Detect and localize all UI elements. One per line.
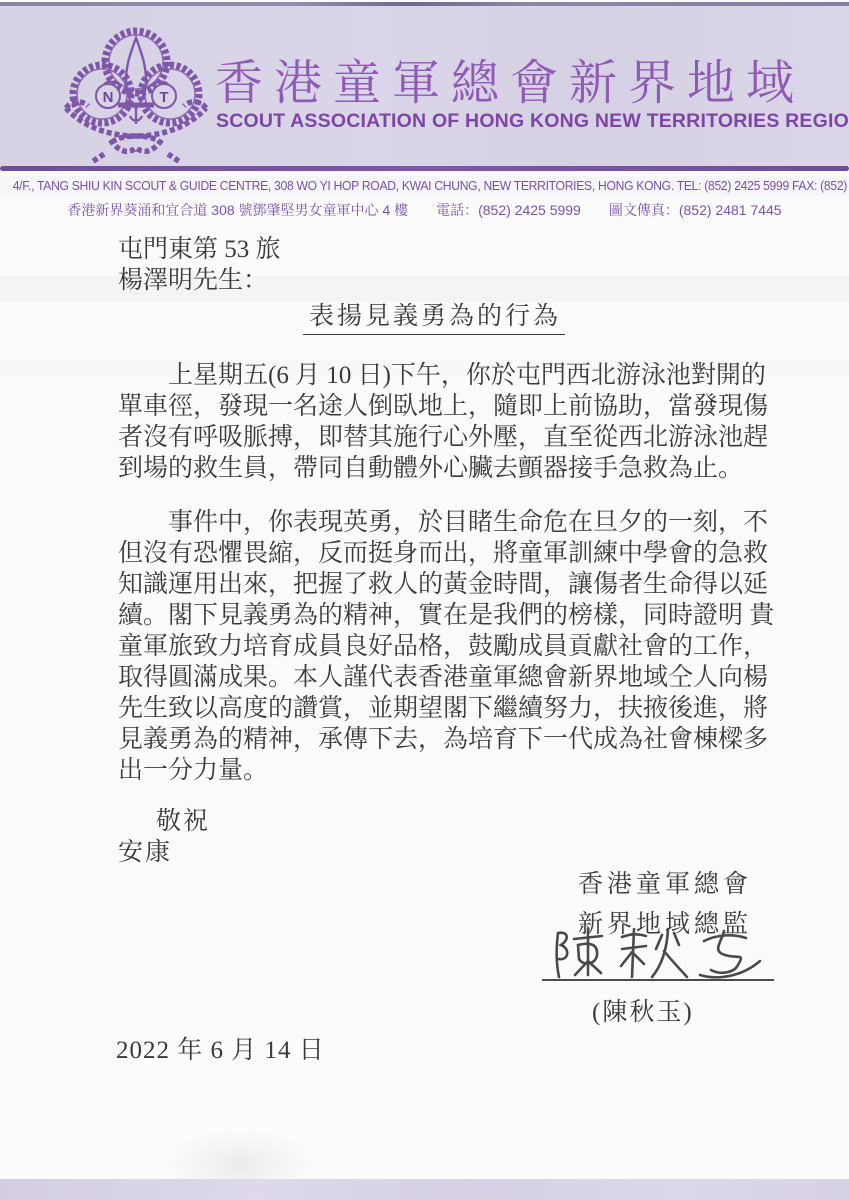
paragraph-2: 事件中，你表現英勇，於目睹生命危在旦夕的一刻，不 但沒有恐懼畏縮，反而挺身而出，… bbox=[118, 507, 763, 786]
paragraph-line: 見義勇為的精神，承傳下去，為培育下一代成為社會棟樑多 bbox=[118, 724, 763, 755]
letter-page: N T 香港童軍總會新界地域 SCOUT ASSOCIATION OF HONG… bbox=[0, 0, 849, 1200]
recipient-name: 楊澤明先生： bbox=[118, 260, 268, 296]
paragraph-line: 事件中，你表現英勇，於目睹生命危在旦夕的一刻，不 bbox=[118, 507, 763, 538]
org-title-chinese: 香港童軍總會新界地域 bbox=[215, 44, 815, 113]
paragraph-line: 單車徑，發現一名途人倒臥地上，隨即上前協助，當發現傷 bbox=[118, 391, 763, 422]
paragraph-line: 先生致以高度的讚賞，並期望閣下繼續努力，扶掖後進，將 bbox=[118, 693, 763, 724]
paragraph-line: 知識運用出來，把握了救人的黃金時間，讓傷者生命得以延 bbox=[118, 569, 763, 600]
handwritten-signature bbox=[548, 925, 778, 983]
org-title-english: SCOUT ASSOCIATION OF HONG KONG NEW TERRI… bbox=[216, 110, 816, 133]
paragraph-line: 出一分力量。 bbox=[118, 755, 763, 786]
subject-row: 表揚見義勇為的行為 bbox=[118, 296, 750, 335]
letter-date: 2022 年 6 月 14 日 bbox=[116, 1030, 325, 1066]
signer-organisation: 香港童軍總會 bbox=[578, 864, 752, 900]
closing-wish: 安康 bbox=[118, 832, 172, 868]
paragraph-line: 者沒有呼吸脈搏，即替其施行心外壓，直至從西北游泳池趕 bbox=[118, 422, 763, 453]
paragraph-line: 上星期五(6 月 10 日)下午，你於屯門西北游泳池對開的 bbox=[118, 360, 763, 391]
paragraph-line: 續。閣下見義勇為的精神，實在是我們的榜樣，同時證明 貴 bbox=[118, 600, 763, 631]
paragraph-line: 取得圓滿成果。本人謹代表香港童軍總會新界地域仝人向楊 bbox=[118, 662, 763, 693]
logo-letter-n: N bbox=[103, 89, 114, 106]
subject-title: 表揚見義勇為的行為 bbox=[303, 296, 565, 335]
paragraph-1: 上星期五(6 月 10 日)下午，你於屯門西北游泳池對開的 單車徑，發現一名途人… bbox=[118, 360, 763, 484]
scan-artifact-band bbox=[0, 176, 849, 196]
scout-emblem-logo: N T bbox=[52, 20, 220, 166]
address-line-chinese: 香港新界葵涌和宜合道 308 號鄧肇堅男女童軍中心 4 樓 電話：(852) 2… bbox=[0, 200, 849, 220]
signature-line bbox=[542, 979, 774, 981]
letterhead-rule bbox=[0, 166, 849, 171]
logo-letter-t: T bbox=[159, 89, 168, 106]
paragraph-line: 童軍旅致力培育成員良好品格，鼓勵成員貢獻社會的工作， bbox=[118, 631, 763, 662]
signer-name-printed: (陳秋玉) bbox=[592, 992, 694, 1028]
paragraph-line: 但沒有恐懼畏縮，反而挺身而出，將童軍訓練中學會的急救 bbox=[118, 538, 763, 569]
bottom-border-band bbox=[0, 1179, 849, 1200]
paragraph-line: 到場的救生員，帶同自動體外心臟去顫器接手急救為止。 bbox=[118, 453, 763, 484]
